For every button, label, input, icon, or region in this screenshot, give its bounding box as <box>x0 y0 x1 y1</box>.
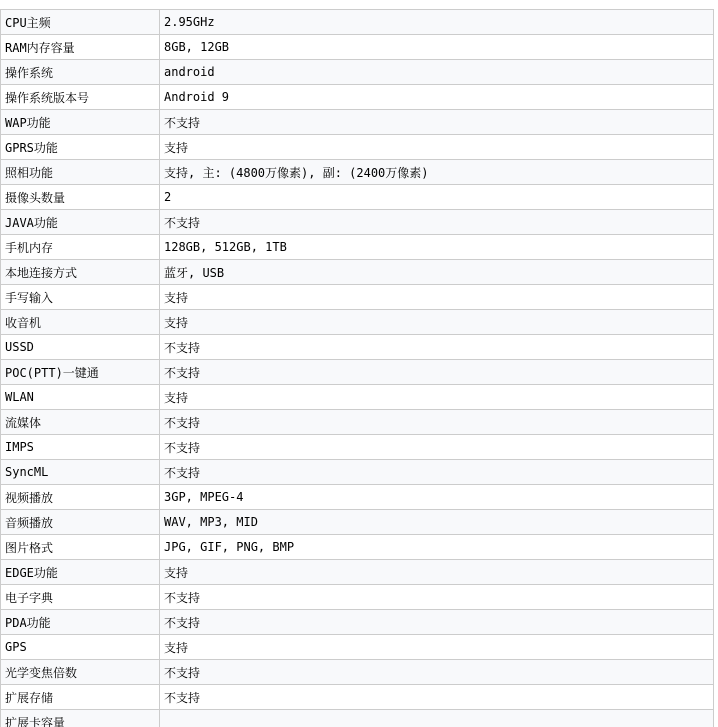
table-row: 操作系统android <box>1 60 714 85</box>
spec-label-cell: 摄像头数量 <box>1 185 160 210</box>
spec-table-body: CPU主频2.95GHzRAM内存容量8GB, 12GB操作系统android操… <box>1 10 714 727</box>
spec-label-cell: GPRS功能 <box>1 135 160 160</box>
table-row: EDGE功能支持 <box>1 560 714 585</box>
spec-label-cell: 扩展卡容量 <box>1 710 160 727</box>
spec-label-cell: 光学变焦倍数 <box>1 660 160 685</box>
spec-value-cell: WAV, MP3, MID <box>160 510 714 535</box>
table-row: WLAN支持 <box>1 385 714 410</box>
table-row: 扩展卡容量 <box>1 710 714 727</box>
table-row: 流媒体不支持 <box>1 410 714 435</box>
spec-label-cell: 图片格式 <box>1 535 160 560</box>
spec-label-cell: JAVA功能 <box>1 210 160 235</box>
table-row: 电子字典不支持 <box>1 585 714 610</box>
spec-table: CPU主频2.95GHzRAM内存容量8GB, 12GB操作系统android操… <box>0 9 714 727</box>
table-row: 照相功能支持, 主: (4800万像素), 副: (2400万像素) <box>1 160 714 185</box>
table-row: 音频播放WAV, MP3, MID <box>1 510 714 535</box>
spec-value-cell: 不支持 <box>160 435 714 460</box>
table-row: 光学变焦倍数不支持 <box>1 660 714 685</box>
table-row: GPS支持 <box>1 635 714 660</box>
table-row: RAM内存容量8GB, 12GB <box>1 35 714 60</box>
spec-label-cell: POC(PTT)一键通 <box>1 360 160 385</box>
spec-value-cell: 支持 <box>160 560 714 585</box>
spec-value-cell: 128GB, 512GB, 1TB <box>160 235 714 260</box>
table-row: 操作系统版本号Android 9 <box>1 85 714 110</box>
spec-label-cell: SyncML <box>1 460 160 485</box>
table-row: 收音机支持 <box>1 310 714 335</box>
spec-value-cell: JPG, GIF, PNG, BMP <box>160 535 714 560</box>
spec-label-cell: 流媒体 <box>1 410 160 435</box>
table-row: CPU主频2.95GHz <box>1 10 714 35</box>
spec-value-cell: 蓝牙, USB <box>160 260 714 285</box>
spec-label-cell: 手机内存 <box>1 235 160 260</box>
spec-value-cell: 不支持 <box>160 610 714 635</box>
spec-value-cell: 不支持 <box>160 210 714 235</box>
spec-value-cell: 支持 <box>160 635 714 660</box>
spec-label-cell: RAM内存容量 <box>1 35 160 60</box>
spec-value-cell: 支持 <box>160 310 714 335</box>
spec-value-cell: 不支持 <box>160 360 714 385</box>
spec-value-cell: 支持 <box>160 385 714 410</box>
spec-value-cell: 2.95GHz <box>160 10 714 35</box>
spec-label-cell: 收音机 <box>1 310 160 335</box>
spec-label-cell: WAP功能 <box>1 110 160 135</box>
spec-value-cell: 3GP, MPEG-4 <box>160 485 714 510</box>
table-row: WAP功能不支持 <box>1 110 714 135</box>
spec-label-cell: 电子字典 <box>1 585 160 610</box>
spec-value-cell: 不支持 <box>160 585 714 610</box>
spec-value-cell: 支持 <box>160 135 714 160</box>
spec-label-cell: 操作系统 <box>1 60 160 85</box>
table-row: GPRS功能支持 <box>1 135 714 160</box>
spec-value-cell: Android 9 <box>160 85 714 110</box>
spec-label-cell: 扩展存储 <box>1 685 160 710</box>
table-row: 手机内存128GB, 512GB, 1TB <box>1 235 714 260</box>
spec-label-cell: 音频播放 <box>1 510 160 535</box>
spec-value-cell: 不支持 <box>160 110 714 135</box>
table-row: 扩展存储不支持 <box>1 685 714 710</box>
spec-label-cell: CPU主频 <box>1 10 160 35</box>
spec-value-cell: 不支持 <box>160 660 714 685</box>
spec-label-cell: 视频播放 <box>1 485 160 510</box>
spec-label-cell: GPS <box>1 635 160 660</box>
spec-value-cell: 不支持 <box>160 460 714 485</box>
table-row: POC(PTT)一键通不支持 <box>1 360 714 385</box>
table-row: 图片格式JPG, GIF, PNG, BMP <box>1 535 714 560</box>
spec-value-cell <box>160 710 714 727</box>
table-row: JAVA功能不支持 <box>1 210 714 235</box>
spec-label-cell: EDGE功能 <box>1 560 160 585</box>
table-row: 摄像头数量2 <box>1 185 714 210</box>
table-row: SyncML不支持 <box>1 460 714 485</box>
table-row: USSD不支持 <box>1 335 714 360</box>
spec-value-cell: 支持, 主: (4800万像素), 副: (2400万像素) <box>160 160 714 185</box>
spec-value-cell: 2 <box>160 185 714 210</box>
spec-value-cell: 不支持 <box>160 685 714 710</box>
table-row: PDA功能不支持 <box>1 610 714 635</box>
spec-value-cell: 8GB, 12GB <box>160 35 714 60</box>
spec-value-cell: 不支持 <box>160 335 714 360</box>
spec-value-cell: 不支持 <box>160 410 714 435</box>
spec-value-cell: android <box>160 60 714 85</box>
table-row: 本地连接方式蓝牙, USB <box>1 260 714 285</box>
spec-label-cell: WLAN <box>1 385 160 410</box>
spec-label-cell: IMPS <box>1 435 160 460</box>
table-row: IMPS不支持 <box>1 435 714 460</box>
spec-label-cell: 操作系统版本号 <box>1 85 160 110</box>
spec-label-cell: 本地连接方式 <box>1 260 160 285</box>
spec-value-cell: 支持 <box>160 285 714 310</box>
spec-label-cell: PDA功能 <box>1 610 160 635</box>
spec-label-cell: 手写输入 <box>1 285 160 310</box>
table-row: 手写输入支持 <box>1 285 714 310</box>
spec-label-cell: 照相功能 <box>1 160 160 185</box>
spec-label-cell: USSD <box>1 335 160 360</box>
table-row: 视频播放3GP, MPEG-4 <box>1 485 714 510</box>
